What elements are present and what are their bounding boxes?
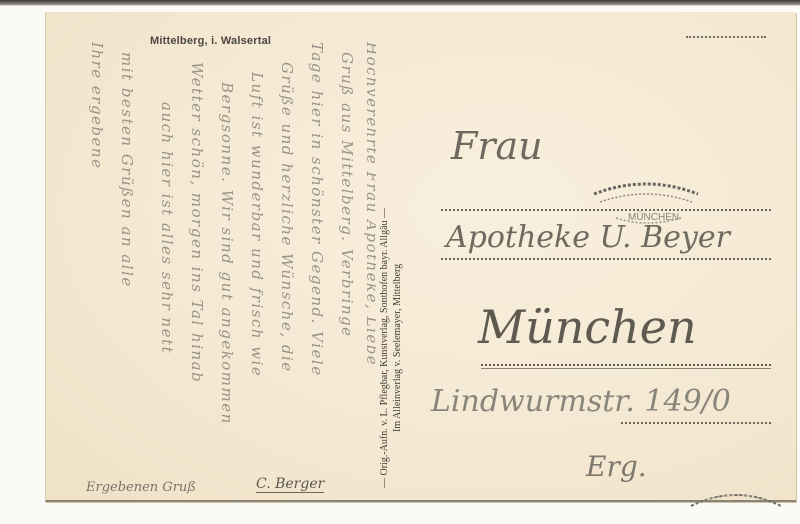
handwritten-message: Hochverehrte Frau Apotheke, Liebe Gruß a… [56,42,376,497]
address-line-4 [621,422,771,424]
postmark-bottom [686,478,786,508]
publisher-line-2: Im Alleinverlag v. Seelemayer, Mittelber… [392,264,403,432]
publisher-line-1: — Orig.-Aufn. v. L. Pflegbar, Kunstverla… [379,208,390,488]
message-line: Hochverehrte Frau Apotheke, Liebe [363,42,376,366]
message-line: Gruß aus Mittelberg. Verbringe [338,52,356,338]
address-line-3 [481,364,771,366]
signature: C. Berger [256,476,324,493]
message-line: Grüße und herzliche Wünsche, die [278,62,296,373]
message-line: mit besten Grüßen an alle [118,52,136,288]
message-line: Luft ist wunderbar und frisch wie [248,72,266,377]
address-line-1 [441,209,771,211]
postcard: Mittelberg, i. Walsertal — Orig.-Aufn. v… [45,12,796,502]
message-line: Tage hier in schönster Gegend. Viele [308,42,326,377]
address-street: Lindwurmstr. 149/0 [431,384,731,419]
postmark-bottom-icon [686,478,786,508]
message-line: Wetter schön, morgen ins Tal hinab [188,62,206,383]
message-line: Ihre ergebene [88,42,106,169]
address-line-2 [441,258,771,260]
message-line: auch hier ist alles sehr nett [158,102,176,354]
address-name: Apotheke U. Beyer [446,220,730,255]
publisher-imprint: — Orig.-Aufn. v. L. Pflegbar, Kunstverla… [379,30,429,490]
closing-text: Ergebenen Gruß [86,480,196,495]
scan-top-edge [0,0,800,6]
stamp-area-line [686,36,766,38]
address-extra: Erg. [586,450,647,483]
message-line: Bergsonne. Wir sind gut angekommen [218,82,236,425]
address-salutation: Frau [451,124,543,168]
address-city: München [478,300,697,354]
